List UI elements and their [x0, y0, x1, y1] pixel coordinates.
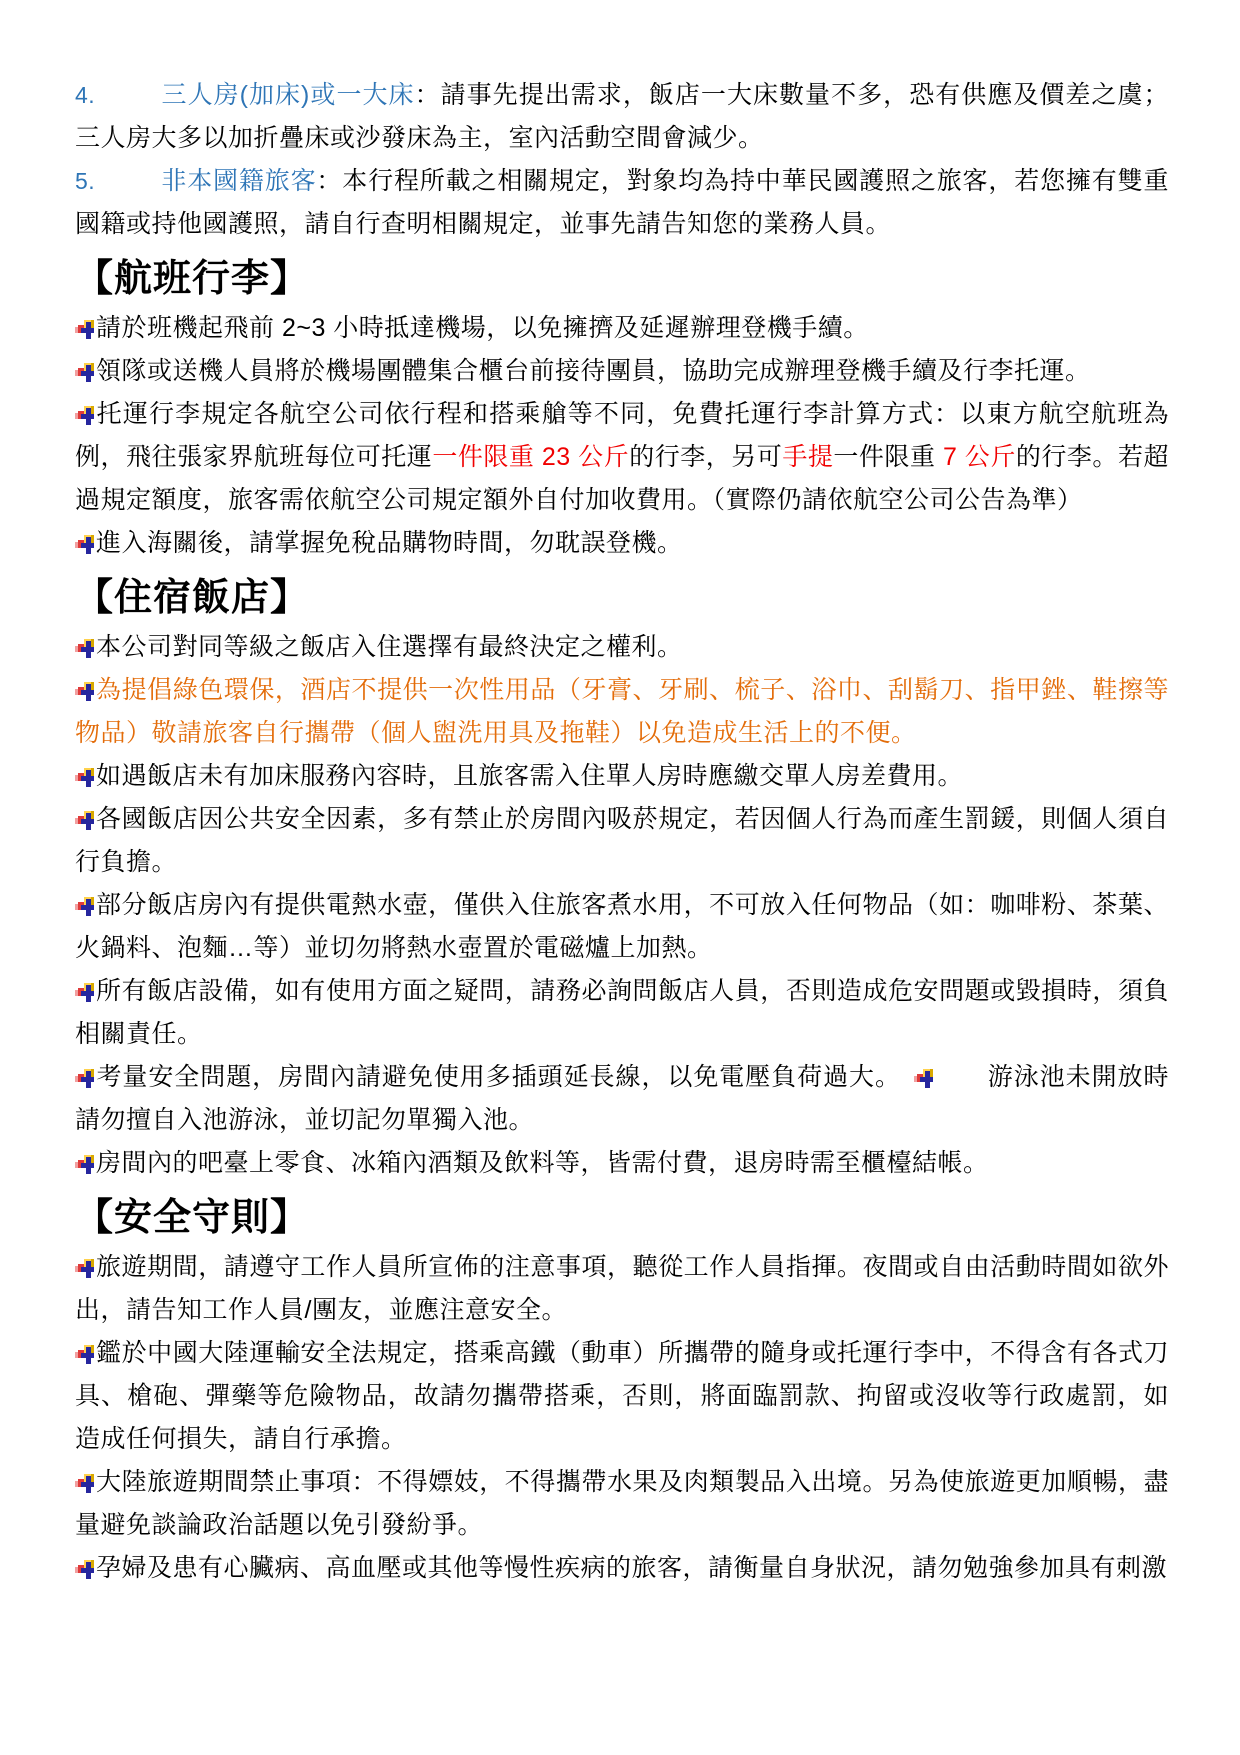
bullet-item: 鑑於中國大陸運輸安全法規定，搭乘高鐵（動車）所攜帶的隨身或托運行李中，不得含有各…: [75, 1332, 1169, 1461]
text-segment: 孕婦及患有心臟病、高血壓或其他等慢性疾病的旅客，請衡量自身狀況，請勿勉強參加具有…: [96, 1554, 1167, 1582]
text-segment: 本公司對同等級之飯店入住選擇有最終決定之權利。: [96, 633, 683, 661]
down-arrow-marker-icon: [75, 1068, 95, 1088]
text-segment: 部分飯店房內有提供電熱水壺，僅供入住旅客煮水用，不可放入任何物品（如：咖啡粉、茶…: [75, 891, 1169, 962]
bullet-item: 如遇飯店未有加床服務內容時，且旅客需入住單人房時應繳交單人房差費用。: [75, 755, 1169, 798]
bullet-item: 領隊或送機人員將於機場團體集合櫃台前接待團員，協助完成辦理登機手續及行李托運。: [75, 350, 1169, 393]
bullet-item: 本公司對同等級之飯店入住選擇有最終決定之權利。: [75, 626, 1169, 669]
item-number: 5.: [75, 160, 161, 203]
down-arrow-marker-icon: [75, 896, 95, 916]
down-arrow-marker-icon: [75, 1473, 95, 1493]
down-arrow-marker-icon: [75, 405, 95, 425]
bullet-item: 所有飯店設備，如有使用方面之疑問，請務必詢問飯店人員，否則造成危安問題或毀損時，…: [75, 970, 1169, 1056]
text-segment: 如遇飯店未有加床服務內容時，且旅客需入住單人房時應繳交單人房差費用。: [96, 762, 963, 790]
text-segment: 房間內的吧臺上零食、冰箱內酒類及飲料等，皆需付費，退房時需至櫃檯結帳。: [96, 1149, 989, 1177]
section-header: 【住宿飯店】: [75, 568, 1169, 625]
document-page: 4.三人房(加床)或一大床：請事先提出需求，飯店一大床數量不多，恐有供應及價差之…: [0, 0, 1240, 1755]
bullet-item: 部分飯店房內有提供電熱水壺，僅供入住旅客煮水用，不可放入任何物品（如：咖啡粉、茶…: [75, 884, 1169, 970]
down-arrow-marker-icon: [75, 638, 95, 658]
section-header: 【航班行李】: [75, 249, 1169, 306]
bullet-item: 為提倡綠色環保，酒店不提供一次性用品（牙膏、牙刷、梳子、浴巾、刮鬍刀、指甲銼、鞋…: [75, 669, 1169, 755]
down-arrow-marker-icon: [914, 1068, 934, 1088]
bullet-item: 旅遊期間，請遵守工作人員所宣佈的注意事項，聽從工作人員指揮。夜間或自由活動時間如…: [75, 1246, 1169, 1332]
text-segment: 所有飯店設備，如有使用方面之疑問，請務必詢問飯店人員，否則造成危安問題或毀損時，…: [75, 977, 1169, 1048]
text-segment: 的行李，另可: [629, 443, 782, 471]
text-segment-red: 手提: [782, 443, 833, 471]
down-arrow-marker-icon: [75, 1258, 95, 1278]
text-segment: 旅遊期間，請遵守工作人員所宣佈的注意事項，聽從工作人員指揮。夜間或自由活動時間如…: [75, 1253, 1169, 1324]
text-segment: 進入海關後，請掌握免稅品購物時間，勿耽誤登機。: [96, 529, 683, 557]
bullet-item: 各國飯店因公共安全因素，多有禁止於房間內吸菸規定，若因個人行為而產生罰鍰，則個人…: [75, 798, 1169, 884]
text-segment-red: 一件限重 23 公斤: [432, 443, 629, 471]
text-segment: 考量安全問題，房間內請避免使用多插頭延長線，以免電壓負荷過大。: [96, 1063, 914, 1091]
down-arrow-marker-icon: [75, 362, 95, 382]
travel-notice-document: 4.三人房(加床)或一大床：請事先提出需求，飯店一大床數量不多，恐有供應及價差之…: [75, 74, 1169, 1590]
down-arrow-marker-icon: [75, 534, 95, 554]
down-arrow-marker-icon: [75, 1559, 95, 1579]
text-segment-orange: 為提倡綠色環保，酒店不提供一次性用品（牙膏、牙刷、梳子、浴巾、刮鬍刀、指甲銼、鞋…: [75, 676, 1169, 747]
bullet-item: 大陸旅遊期間禁止事項：不得嫖妓，不得攜帶水果及肉類製品入出境。另為使旅遊更加順暢…: [75, 1461, 1169, 1547]
text-segment: 領隊或送機人員將於機場團體集合櫃台前接待團員，協助完成辦理登機手續及行李托運。: [96, 357, 1091, 385]
text-segment: 各國飯店因公共安全因素，多有禁止於房間內吸菸規定，若因個人行為而產生罰鍰，則個人…: [75, 805, 1169, 876]
down-arrow-marker-icon: [75, 982, 95, 1002]
section-header: 【安全守則】: [75, 1188, 1169, 1245]
text-segment-red: 7 公斤: [943, 443, 1016, 471]
bullet-item: 請於班機起飛前 2~3 小時抵達機場，以免擁擠及延遲辦理登機手續。: [75, 307, 1169, 350]
bullet-item: 進入海關後，請掌握免稅品購物時間，勿耽誤登機。: [75, 522, 1169, 565]
item-number: 4.: [75, 74, 161, 117]
text-segment: 請於班機起飛前 2~3 小時抵達機場，以免擁擠及延遲辦理登機手續。: [96, 314, 869, 342]
bullet-item: 考量安全問題，房間內請避免使用多插頭延長線，以免電壓負荷過大。 游泳池未開放時請…: [75, 1056, 1169, 1142]
bullet-item: 房間內的吧臺上零食、冰箱內酒類及飲料等，皆需付費，退房時需至櫃檯結帳。: [75, 1142, 1169, 1185]
bullet-item: 托運行李規定各航空公司依行程和搭乘艙等不同，免費托運行李計算方式：以東方航空航班…: [75, 393, 1169, 522]
text-segment: 鑑於中國大陸運輸安全法規定，搭乘高鐵（動車）所攜帶的隨身或托運行李中，不得含有各…: [75, 1339, 1169, 1453]
text-segment: 一件限重: [833, 443, 943, 471]
down-arrow-marker-icon: [75, 810, 95, 830]
numbered-item: 5.非本國籍旅客：本行程所載之相關規定，對象均為持中華民國護照之旅客，若您擁有雙…: [75, 160, 1169, 246]
down-arrow-marker-icon: [75, 681, 95, 701]
text-segment-blue: 三人房(加床)或一大床: [161, 81, 415, 109]
bullet-item: 孕婦及患有心臟病、高血壓或其他等慢性疾病的旅客，請衡量自身狀況，請勿勉強參加具有…: [75, 1547, 1169, 1590]
text-segment-blue: 非本國籍旅客: [161, 167, 316, 195]
numbered-item: 4.三人房(加床)或一大床：請事先提出需求，飯店一大床數量不多，恐有供應及價差之…: [75, 74, 1169, 160]
text-segment: 大陸旅遊期間禁止事項：不得嫖妓，不得攜帶水果及肉類製品入出境。另為使旅遊更加順暢…: [75, 1468, 1169, 1539]
down-arrow-marker-icon: [75, 319, 95, 339]
down-arrow-marker-icon: [75, 1154, 95, 1174]
down-arrow-marker-icon: [75, 767, 95, 787]
down-arrow-marker-icon: [75, 1344, 95, 1364]
